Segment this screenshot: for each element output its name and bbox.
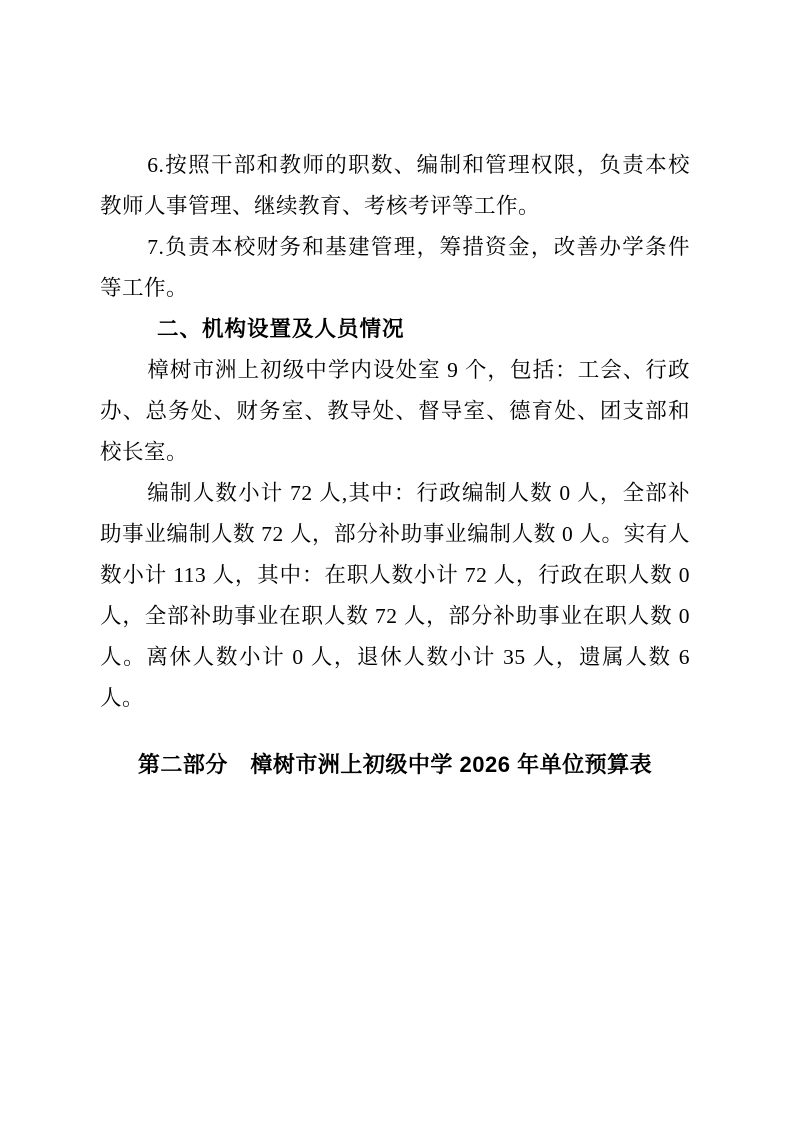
paragraph-departments: 樟树市洲上初级中学内设处室 9 个，包括：工会、行政办、总务处、财务室、教导处、… [100,350,690,473]
part-two-title: 第二部分 樟树市洲上初级中学 2026 年单位预算表 [100,744,690,785]
document-page: 6.按照干部和教师的职数、编制和管理权限，负责本校教师人事管理、继续教育、考核考… [0,0,793,1122]
paragraph-duty-6: 6.按照干部和教师的职数、编制和管理权限，负责本校教师人事管理、继续教育、考核考… [100,145,690,227]
paragraph-duty-7: 7.负责本校财务和基建管理，筹措资金，改善办学条件等工作。 [100,227,690,309]
paragraph-staffing-figures: 编制人数小计 72 人,其中：行政编制人数 0 人，全部补助事业编制人数 72 … [100,473,690,719]
section-heading-organization: 二、机构设置及人员情况 [100,309,690,350]
